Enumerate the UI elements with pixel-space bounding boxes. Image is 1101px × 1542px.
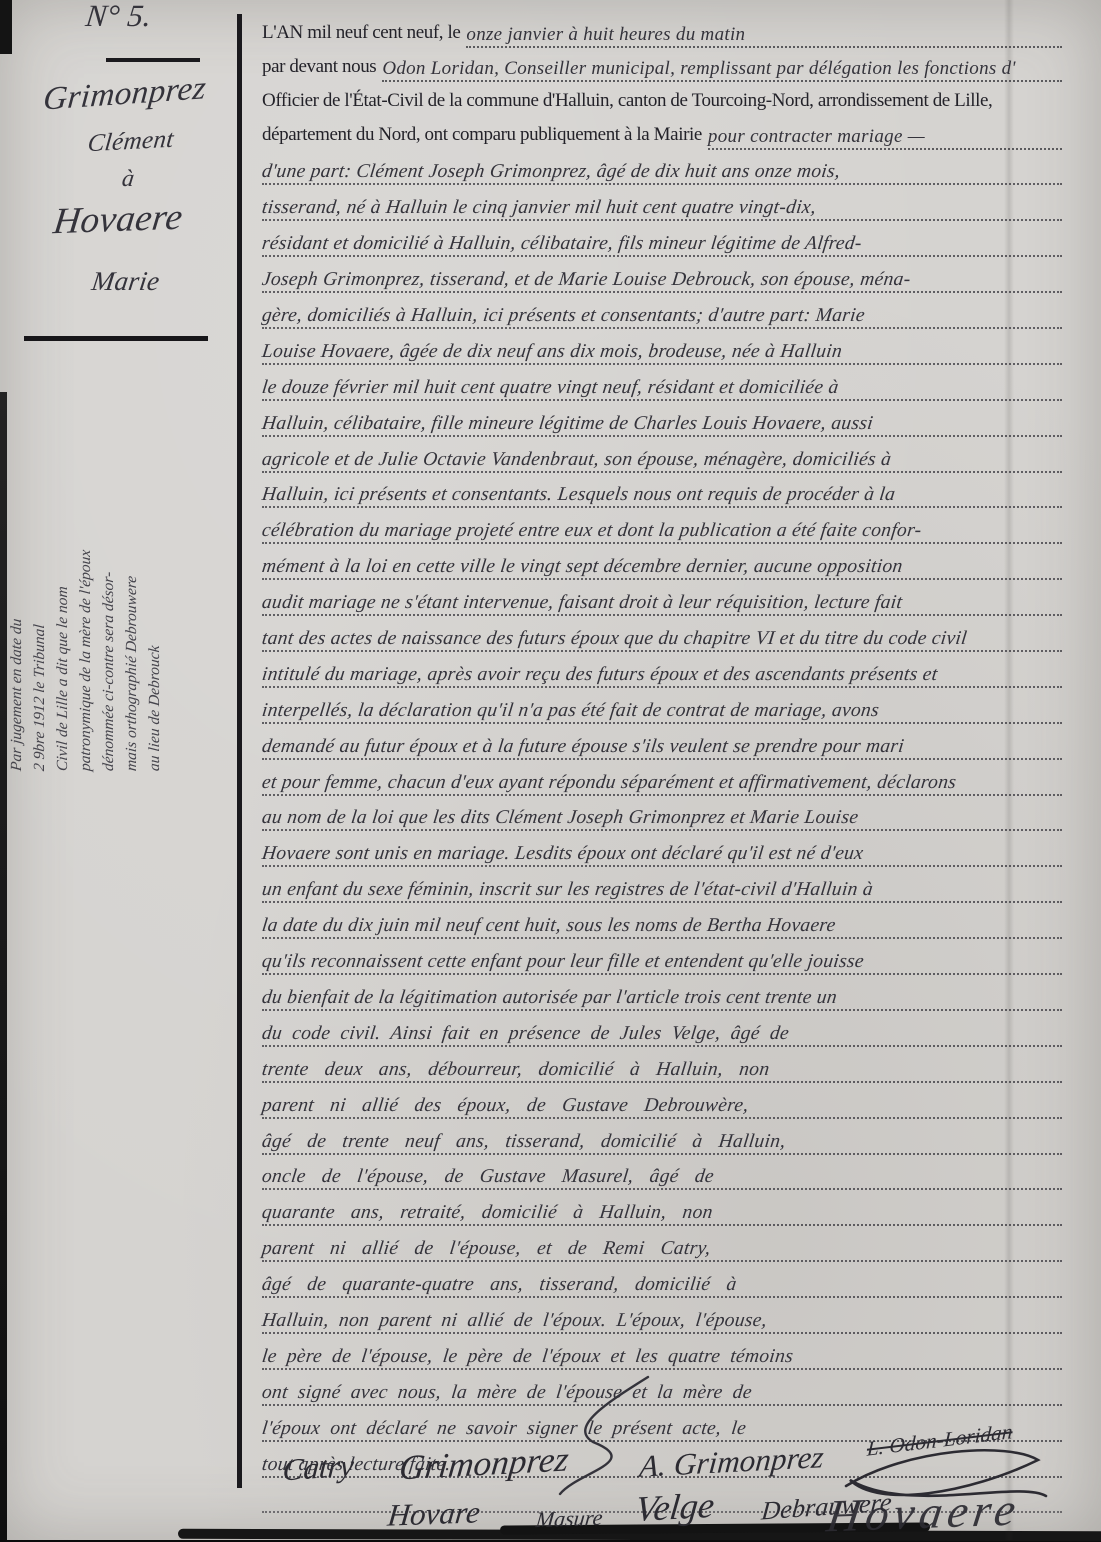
ruled-line: parent ni allié de l'épouse, et de Remi … — [262, 1226, 1062, 1262]
handwritten-text: onze janvier à huit heures du matin — [466, 24, 745, 45]
ruled-line: âgé de quarante-quatre ans, tisserand, d… — [262, 1262, 1062, 1298]
ruled-line: agricole et de Julie Octavie Vandenbraut… — [262, 437, 1062, 473]
handwritten-text: et pour femme, chacun d'eux ayant répond… — [261, 772, 958, 794]
annotation-line: mais orthographié Debrouwere — [120, 398, 143, 772]
margin-rule-short — [106, 58, 200, 62]
ruled-line: âgé de trente neuf ans, tisserand, domic… — [262, 1119, 1062, 1155]
ruled-line: mément à la loi en cette ville le vingt … — [262, 544, 1062, 580]
ruled-line: d'une part: Clément Joseph Grimonprez, â… — [262, 150, 1062, 186]
annotation-line: dénommée ci-contre sera désor- — [97, 398, 120, 772]
ruled-line: demandé au futur époux et à la future ép… — [262, 724, 1062, 760]
ruled-line: Louise Hovaere, âgée de dix neuf ans dix… — [262, 329, 1062, 365]
ruled-line: la date du dix juin mil neuf cent huit, … — [262, 903, 1062, 939]
ruled-line: qu'ils reconnaissent cette enfant pour l… — [262, 939, 1062, 975]
ruled-line: tisserand, né à Halluin le cinq janvier … — [262, 185, 1062, 221]
handwritten-text: quarante ans, retraité, domicilié à Hall… — [261, 1202, 714, 1224]
ruled-line: Halluin, ici présents et consentants. Le… — [262, 473, 1062, 509]
handwritten-text: Halluin, célibataire, fille mineure légi… — [261, 413, 875, 435]
handwritten-text: Joseph Grimonprez, tisserand, et de Mari… — [261, 269, 912, 291]
margin-groom-surname: Grimonprez — [42, 70, 208, 118]
handwritten-text: du code civil. Ainsi fait en présence de… — [261, 1023, 791, 1045]
ruled-line: Halluin, non parent ni allié de l'époux.… — [262, 1298, 1062, 1334]
handwritten-text: tant des actes de naissance des futurs é… — [261, 628, 969, 650]
ruled-line: célébration du mariage projeté entre eux… — [262, 508, 1062, 544]
ruled-line: le père de l'épouse, le père de l'époux … — [262, 1334, 1062, 1370]
margin-annotation-rotated: Par jugement en date du 2 9bre 1912 le T… — [5, 399, 175, 771]
handwritten-text: célébration du mariage projeté entre eux… — [261, 520, 923, 542]
handwritten-text: du bienfait de la légitimation autorisée… — [261, 987, 839, 1009]
handwritten-text: pour contracter mariage — — [708, 126, 925, 147]
handwritten-text: Odon Loridan, Conseiller municipal, remp… — [382, 58, 1015, 79]
handwritten-text: audit mariage ne s'étant intervenue, fai… — [261, 592, 904, 614]
signature-hovare: Hovare — [386, 1494, 482, 1533]
handwritten-text: interpellés, la déclaration qu'il n'a pa… — [261, 700, 881, 722]
handwritten-text: l'époux ont déclaré ne savoir signer le … — [261, 1418, 748, 1440]
act-text-column: L'AN mil neuf cent neuf, le onze janvier… — [262, 14, 1062, 1513]
printed-text: L'AN mil neuf cent neuf, le — [262, 22, 460, 48]
annotation-line: patronymique de la mère de l'époux — [74, 398, 97, 772]
handwritten-text: intitulé du mariage, après avoir reçu de… — [261, 664, 939, 686]
handwritten-text: Louise Hovaere, âgée de dix neuf ans dix… — [261, 341, 844, 363]
ruled-line: du bienfait de la légitimation autorisée… — [262, 975, 1062, 1011]
ruled-line: Hovaere sont unis en mariage. Lesdits ép… — [262, 831, 1062, 867]
ruled-line: quarante ans, retraité, domicilié à Hall… — [262, 1190, 1062, 1226]
ruled-line: un enfant du sexe féminin, inscrit sur l… — [262, 867, 1062, 903]
margin-bride-firstname: Marie — [90, 266, 162, 297]
margin-groom-firstname: Clément — [86, 126, 175, 158]
handwritten-text: oncle de l'épouse, de Gustave Masurel, â… — [261, 1166, 716, 1188]
handwritten-text: le père de l'épouse, le père de l'époux … — [261, 1346, 795, 1368]
annotation-line: 2 9bre 1912 le Tribunal — [28, 398, 51, 772]
annotation-line: au lieu de Debrouck — [143, 398, 166, 772]
handwritten-text: Halluin, ici présents et consentants. Le… — [261, 484, 897, 506]
handwritten-text: âgé de quarante-quatre ans, tisserand, d… — [261, 1274, 738, 1296]
handwritten-text: tisserand, né à Halluin le cinq janvier … — [261, 197, 818, 219]
printed-text: Officier de l'État-Civil de la commune d… — [262, 90, 992, 116]
margin-bride-surname: Hovaere — [51, 196, 185, 243]
handwritten-text: au nom de la loi que les dits Clément Jo… — [261, 807, 860, 829]
printed-text: département du Nord, ont comparu publiqu… — [262, 124, 702, 150]
ruled-line: interpellés, la déclaration qu'il n'a pa… — [262, 688, 1062, 724]
annotation-line: Par jugement en date du — [5, 398, 28, 772]
signature-hovaere-large: Hovaere — [824, 1483, 1024, 1540]
ruled-line: résidant et domicilié à Halluin, célibat… — [262, 221, 1062, 257]
ruled-line: oncle de l'épouse, de Gustave Masurel, â… — [262, 1155, 1062, 1191]
printed-line-4: département du Nord, ont comparu publiqu… — [262, 116, 1062, 150]
ruled-line: le douze février mil huit cent quatre vi… — [262, 365, 1062, 401]
handwritten-text: qu'ils reconnaissent cette enfant pour l… — [261, 951, 866, 973]
scan-edge-shadow-top-left — [0, 0, 12, 54]
margin-divider-rule — [237, 14, 242, 1488]
handwritten-text: gère, domiciliés à Halluin, ici présents… — [261, 305, 867, 327]
printed-line-1: L'AN mil neuf cent neuf, le onze janvier… — [262, 14, 1062, 48]
handwritten-text: parent ni allié de l'épouse, et de Remi … — [261, 1238, 712, 1260]
handwritten-text: parent ni allié des époux, de Gustave De… — [261, 1095, 750, 1117]
ruled-line: du code civil. Ainsi fait en présence de… — [262, 1011, 1062, 1047]
handwritten-text: Halluin, non parent ni allié de l'époux.… — [261, 1310, 769, 1332]
margin-rule-thick — [24, 336, 208, 341]
ruled-line: au nom de la loi que les dits Clément Jo… — [262, 796, 1062, 832]
ruled-line: audit mariage ne s'étant intervenue, fai… — [262, 580, 1062, 616]
handwritten-text: ont signé avec nous, la mère de l'épouse… — [261, 1382, 754, 1404]
handwritten-text: un enfant du sexe féminin, inscrit sur l… — [261, 879, 875, 901]
handwritten-text: agricole et de Julie Octavie Vandenbraut… — [261, 449, 893, 471]
signature-velge: Velge — [634, 1484, 717, 1530]
printed-text: par devant nous — [262, 56, 376, 82]
handwritten-text: la date du dix juin mil neuf cent huit, … — [261, 915, 837, 937]
handwritten-text: résidant et domicilié à Halluin, célibat… — [261, 233, 863, 255]
ruled-line: Joseph Grimonprez, tisserand, et de Mari… — [262, 257, 1062, 293]
ruled-line: parent ni allié des époux, de Gustave De… — [262, 1083, 1062, 1119]
ruled-line: gère, domiciliés à Halluin, ici présents… — [262, 293, 1062, 329]
handwritten-text: trente deux ans, débourreur, domicilié à… — [261, 1059, 771, 1081]
ruled-line: trente deux ans, débourreur, domicilié à… — [262, 1047, 1062, 1083]
ruled-line: Halluin, célibataire, fille mineure légi… — [262, 401, 1062, 437]
signature-catry: Catry — [281, 1448, 355, 1489]
ruled-line: intitulé du mariage, après avoir reçu de… — [262, 652, 1062, 688]
handwritten-text: Hovaere sont unis en mariage. Lesdits ép… — [261, 843, 865, 865]
annotation-line: Civil de Lille a dit que le nom — [51, 398, 74, 772]
handwritten-text: d'une part: Clément Joseph Grimonprez, â… — [261, 161, 842, 183]
handwritten-text: mément à la loi en cette ville le vingt … — [261, 556, 904, 578]
margin-liaison: à — [120, 166, 136, 193]
act-number: N° 5. — [84, 0, 154, 34]
printed-line-3: Officier de l'État-Civil de la commune d… — [262, 82, 1062, 116]
printed-line-2: par devant nous Odon Loridan, Conseiller… — [262, 48, 1062, 82]
handwritten-text: le douze février mil huit cent quatre vi… — [261, 377, 840, 399]
ruled-line: tant des actes de naissance des futurs é… — [262, 616, 1062, 652]
registry-page: N° 5. Grimonprez Clément à Hovaere Marie… — [0, 0, 1101, 1540]
handwritten-text: demandé au futur époux et à la future ép… — [261, 736, 906, 758]
handwritten-text: âgé de trente neuf ans, tisserand, domic… — [261, 1131, 787, 1153]
ruled-line: et pour femme, chacun d'eux ayant répond… — [262, 760, 1062, 796]
signature-masure: Masure — [534, 1505, 603, 1533]
